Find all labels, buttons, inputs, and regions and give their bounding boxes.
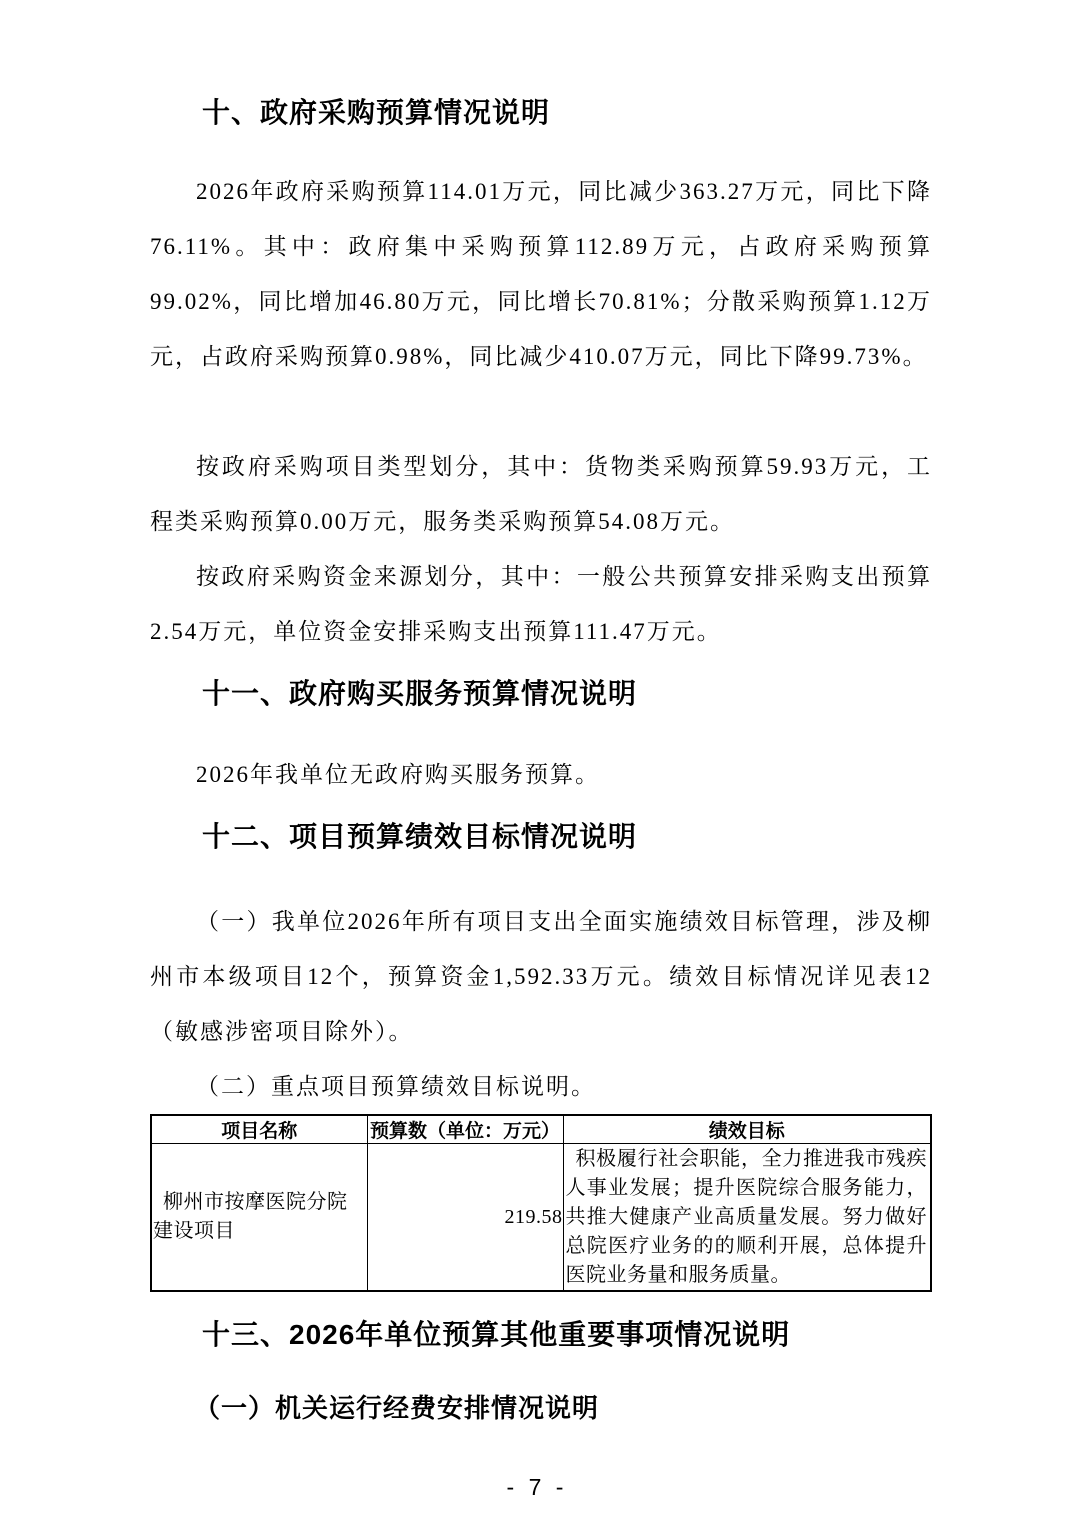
column-header-project-name: 项目名称 — [151, 1115, 367, 1144]
page-number: - 7 - — [0, 1474, 1074, 1501]
column-header-performance-goal: 绩效目标 — [563, 1115, 931, 1144]
section-heading-11: 十一、政府购买服务预算情况说明 — [150, 679, 932, 709]
section-heading-10: 十、政府采购预算情况说明 — [150, 98, 932, 128]
subsection-heading-operating-expense: （一）机关运行经费安排情况说明 — [150, 1394, 932, 1424]
paragraph-procurement-overview: 2026年政府采购预算114.01万元，同比减少363.27万元，同比下降76.… — [150, 164, 932, 439]
document-page: 十、政府采购预算情况说明 2026年政府采购预算114.01万元，同比减少363… — [0, 0, 1074, 1520]
table-row: 柳州市按摩医院分院建设项目 219.58 积极履行社会职能，全力推进我市残疾人事… — [151, 1144, 931, 1292]
paragraph-service-purchase: 2026年我单位无政府购买服务预算。 — [150, 747, 932, 802]
table-header-row: 项目名称 预算数（单位：万元） 绩效目标 — [151, 1115, 931, 1144]
column-header-budget-amount: 预算数（单位：万元） — [367, 1115, 563, 1144]
section-heading-12: 十二、项目预算绩效目标情况说明 — [150, 822, 932, 852]
performance-goal-table: 项目名称 预算数（单位：万元） 绩效目标 柳州市按摩医院分院建设项目 219.5… — [150, 1114, 932, 1292]
cell-project-name: 柳州市按摩医院分院建设项目 — [151, 1144, 367, 1292]
section-heading-13: 十三、2026年单位预算其他重要事项情况说明 — [150, 1320, 932, 1350]
paragraph-performance-goal-2: （二）重点项目预算绩效目标说明。 — [150, 1059, 932, 1114]
paragraph-procurement-by-type: 按政府采购项目类型划分，其中：货物类采购预算59.93万元，工程类采购预算0.0… — [150, 439, 932, 549]
cell-performance-goal: 积极履行社会职能，全力推进我市残疾人事业发展；提升医院综合服务能力，共推大健康产… — [563, 1144, 931, 1292]
cell-budget-amount: 219.58 — [367, 1144, 563, 1292]
paragraph-performance-goal-1: （一）我单位2026年所有项目支出全面实施绩效目标管理，涉及柳州市本级项目12个… — [150, 894, 932, 1059]
page-content: 十、政府采购预算情况说明 2026年政府采购预算114.01万元，同比减少363… — [150, 0, 932, 1424]
paragraph-procurement-by-source: 按政府采购资金来源划分，其中：一般公共预算安排采购支出预算2.54万元，单位资金… — [150, 549, 932, 659]
